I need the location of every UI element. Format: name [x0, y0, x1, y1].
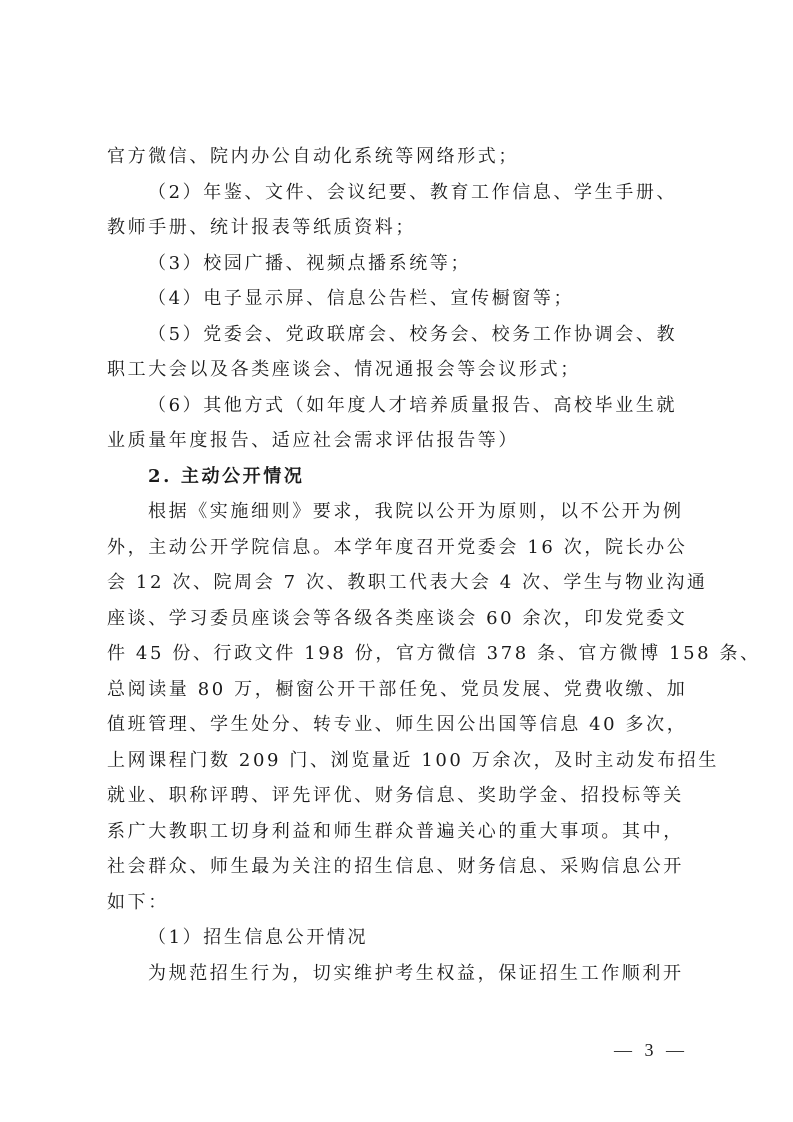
paragraph-start: 根据《实施细则》要求，我院以公开为原则，以不公开为例 — [107, 494, 689, 530]
text-line: 座谈、学习委员座谈会等各级各类座谈会 60 余次，印发党委文 — [107, 601, 689, 637]
text-line: 如下： — [107, 885, 689, 921]
text-line: 总阅读量 80 万，橱窗公开干部任免、党员发展、党费收缴、加 — [107, 672, 689, 708]
text-line: 职工大会以及各类座谈会、情况通报会等会议形式； — [107, 352, 689, 388]
document-body: 官方微信、院内办公自动化系统等网络形式； （2）年鉴、文件、会议纪要、教育工作信… — [107, 139, 689, 991]
paragraph-start: 为规范招生行为，切实维护考生权益，保证招生工作顺利开 — [107, 956, 689, 992]
list-item-4: （4）电子显示屏、信息公告栏、宣传橱窗等； — [107, 281, 689, 317]
text-line: 会 12 次、院周会 7 次、教职工代表大会 4 次、学生与物业沟通 — [107, 565, 689, 601]
list-item-3: （3）校园广播、视频点播系统等； — [107, 246, 689, 282]
section-heading: 2. 主动公开情况 — [107, 459, 689, 495]
text-line: 上网课程门数 209 门、浏览量近 100 万余次，及时主动发布招生 — [107, 743, 689, 779]
list-item-5: （5）党委会、党政联席会、校务会、校务工作协调会、教 — [107, 317, 689, 353]
subsection-heading: （1）招生信息公开情况 — [107, 920, 689, 956]
text-line: 社会群众、师生最为关注的招生信息、财务信息、采购信息公开 — [107, 849, 689, 885]
list-item-6: （6）其他方式（如年度人才培养质量报告、高校毕业生就 — [107, 388, 689, 424]
text-line: 值班管理、学生处分、转专业、师生因公出国等信息 40 多次， — [107, 707, 689, 743]
text-line: 教师手册、统计报表等纸质资料； — [107, 210, 689, 246]
text-line: 外，主动公开学院信息。本学年度召开党委会 16 次，院长办公 — [107, 530, 689, 566]
text-line: 官方微信、院内办公自动化系统等网络形式； — [107, 139, 689, 175]
page-number: — 3 — — [614, 1040, 688, 1061]
list-item-2: （2）年鉴、文件、会议纪要、教育工作信息、学生手册、 — [107, 175, 689, 211]
text-line: 就业、职称评聘、评先评优、财务信息、奖助学金、招投标等关 — [107, 778, 689, 814]
text-line: 件 45 份、行政文件 198 份，官方微信 378 条、官方微博 158 条、 — [107, 636, 689, 672]
text-line: 业质量年度报告、适应社会需求评估报告等） — [107, 423, 689, 459]
text-line: 系广大教职工切身利益和师生群众普遍关心的重大事项。其中， — [107, 814, 689, 850]
